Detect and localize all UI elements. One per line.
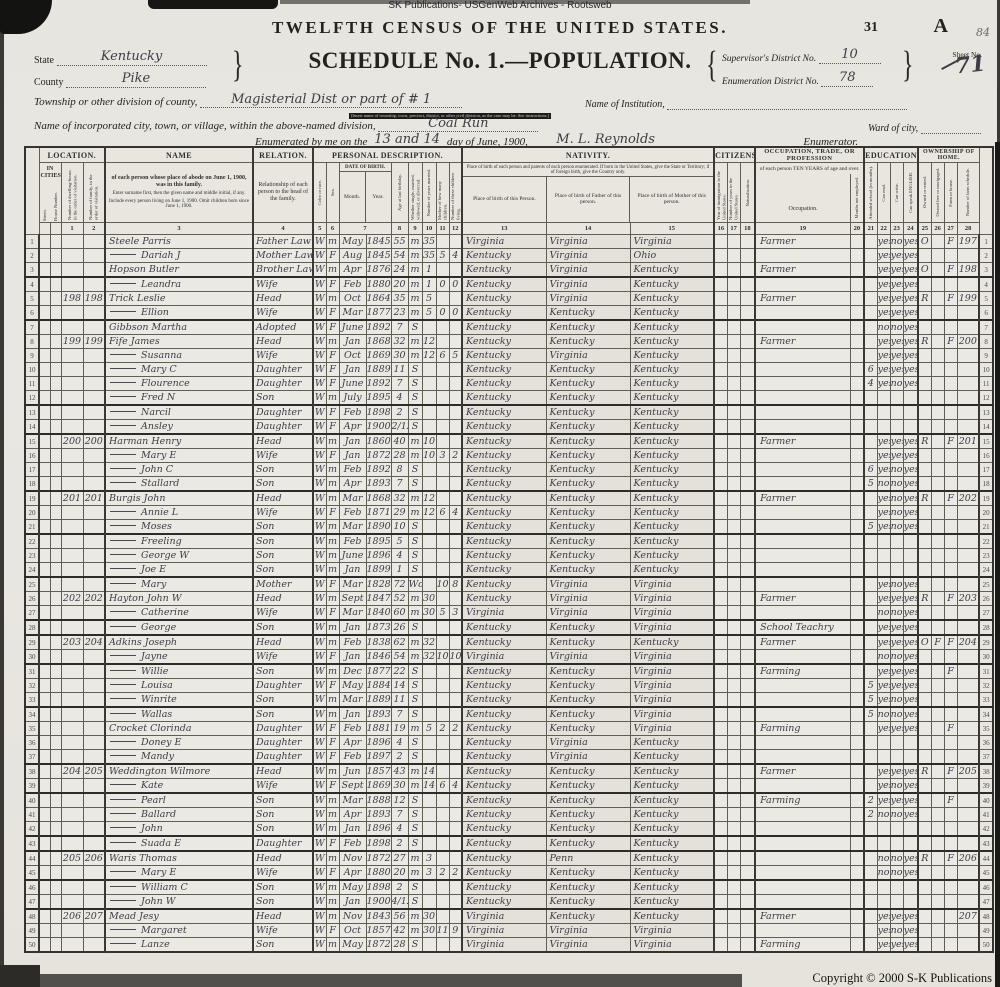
attended-school [864, 449, 877, 463]
children-living [449, 263, 462, 278]
children-living [449, 420, 462, 435]
birth-year: 1876 [366, 263, 391, 278]
years-in-us [727, 263, 740, 278]
birthplace: Kentucky [462, 320, 546, 335]
can-write: no [890, 235, 903, 249]
street-cell [39, 405, 50, 420]
marital-status: m [408, 249, 422, 263]
line-number: 23 [25, 549, 39, 563]
can-read: yes [877, 635, 890, 650]
age: 42 [391, 924, 408, 938]
birthplace: Kentucky [462, 722, 546, 736]
ditto-surname-line [110, 411, 136, 412]
mother-of-children: 5 [436, 606, 449, 621]
dwelling-number [61, 320, 83, 335]
mother-birthplace: Kentucky [630, 292, 714, 306]
years-married: 1 [422, 263, 436, 278]
occupation [755, 736, 850, 750]
naturalization [740, 909, 755, 924]
marital-status: S [408, 664, 422, 679]
marital-status: m [408, 277, 422, 292]
family-number [83, 405, 105, 420]
line-number: 27 [25, 606, 39, 621]
house-cell [50, 764, 61, 779]
color-race: W [313, 880, 326, 895]
age: 55 [391, 235, 408, 249]
naturalization [740, 679, 755, 693]
free-mortgaged [931, 938, 944, 953]
occupation [755, 808, 850, 822]
page-number: 31 [864, 20, 878, 36]
children-living: 10 [449, 650, 462, 665]
can-read [877, 822, 890, 837]
family-number: 201 [83, 491, 105, 506]
can-read: no [877, 707, 890, 722]
person-name: Ansley [105, 420, 253, 435]
years-married: 30 [422, 592, 436, 606]
farm-house [944, 549, 957, 563]
enumeration-district-label: Enumeration District No. [722, 77, 819, 87]
farm-house: F [944, 793, 957, 808]
relation: Head [253, 335, 313, 349]
color-race: W [313, 808, 326, 822]
immigration-year [714, 866, 727, 881]
owned-rented [918, 249, 931, 263]
house-cell [50, 880, 61, 895]
sex: m [326, 880, 339, 895]
line-number: 5 [25, 292, 39, 306]
dwelling-number [61, 477, 83, 492]
person-name: Mary E [105, 449, 253, 463]
children-living [449, 693, 462, 708]
family-number [83, 463, 105, 477]
line-number: 12 [25, 391, 39, 406]
naturalization [740, 249, 755, 263]
mother-birthplace: Kentucky [630, 335, 714, 349]
years-in-us [727, 391, 740, 406]
years-married [422, 620, 436, 635]
birth-month: Feb [339, 635, 366, 650]
children-living: 9 [449, 924, 462, 938]
mother-birthplace: Kentucky [630, 764, 714, 779]
can-speak-english [903, 750, 918, 765]
naturalization [740, 263, 755, 278]
house-cell [50, 235, 61, 249]
can-write: yes [890, 277, 903, 292]
line-number-right: 8 [979, 335, 993, 349]
age: 7 [391, 377, 408, 391]
can-speak-english [903, 736, 918, 750]
farm-schedule [957, 736, 979, 750]
house-cell [50, 420, 61, 435]
dwelling-number [61, 577, 83, 592]
mother-of-children: 6 [436, 506, 449, 520]
farm-schedule [957, 577, 979, 592]
owned-rented: R [918, 851, 931, 866]
county-line: Pike [66, 74, 206, 88]
years-in-us [727, 420, 740, 435]
immigration-year [714, 620, 727, 635]
free-mortgaged [931, 320, 944, 335]
color-race: W [313, 577, 326, 592]
color-race: W [313, 263, 326, 278]
family-number: 205 [83, 764, 105, 779]
person-name: William C [105, 880, 253, 895]
city-line: Coal Run [378, 118, 538, 132]
immigration-year [714, 405, 727, 420]
months-not-employed [850, 836, 864, 851]
immigration-year [714, 377, 727, 391]
birthplace: Kentucky [462, 377, 546, 391]
owned-rented: O [918, 235, 931, 249]
mother-of-children [436, 491, 449, 506]
father-birthplace: Kentucky [546, 520, 630, 535]
occupation: Farming [755, 722, 850, 736]
house-cell [50, 822, 61, 837]
supervisors-district-line: 10 [819, 50, 881, 64]
years-in-us [727, 750, 740, 765]
years-in-us [727, 449, 740, 463]
family-number: 207 [83, 909, 105, 924]
pencil-mark-top-right: 84 [976, 26, 990, 39]
birthplace: Virginia [462, 938, 546, 953]
ditto-surname-line [110, 655, 136, 656]
dwelling-number [61, 549, 83, 563]
years-in-us [727, 534, 740, 549]
family-number [83, 563, 105, 578]
birth-year: 1900 [366, 895, 391, 910]
dwelling-number [61, 808, 83, 822]
can-speak-english: yes [903, 520, 918, 535]
table-row: 50LanzeSonWmMay187228SVirginiaVirginiaVi… [25, 938, 993, 953]
dwelling-number-header: Number of dwelling-house, in the order o… [61, 163, 83, 223]
farm-schedule: 206 [957, 851, 979, 866]
can-read: no [877, 866, 890, 881]
color-race: W [313, 664, 326, 679]
years-married: 10 [422, 449, 436, 463]
farm-house: F [944, 263, 957, 278]
occupation [755, 851, 850, 866]
years-married [422, 549, 436, 563]
months-not-employed [850, 693, 864, 708]
nativity-columns-header: Place of birth of each person and parent… [462, 163, 714, 223]
name-column-header: of each person whose place of abode on J… [105, 163, 253, 223]
owned-rented [918, 895, 931, 910]
owned-rented [918, 650, 931, 665]
dwelling-number: 202 [61, 592, 83, 606]
can-speak-english: yes [903, 349, 918, 363]
can-write-header: Can write. [890, 163, 903, 223]
years-in-us [727, 592, 740, 606]
in-cities-header: IN CITIES. Street. House Number. [39, 163, 61, 223]
person-name: Dariah J [105, 249, 253, 263]
sex: m [326, 592, 339, 606]
father-birthplace: Kentucky [546, 707, 630, 722]
naturalization [740, 808, 755, 822]
line-number-right: 15 [979, 434, 993, 449]
age: 43 [391, 764, 408, 779]
farm-house [944, 606, 957, 621]
children-living [449, 664, 462, 679]
street-cell [39, 606, 50, 621]
relation: Adopted [253, 320, 313, 335]
relation: Daughter [253, 722, 313, 736]
house-cell [50, 349, 61, 363]
line-number: 30 [25, 650, 39, 665]
sex: F [326, 750, 339, 765]
birthplace: Kentucky [462, 693, 546, 708]
immigration-year [714, 363, 727, 377]
line-number-right: 29 [979, 635, 993, 650]
can-write: yes [890, 249, 903, 263]
person-name: Mary C [105, 363, 253, 377]
line-number-right: 9 [979, 349, 993, 363]
family-number [83, 793, 105, 808]
birthplace: Kentucky [462, 880, 546, 895]
occupation [755, 679, 850, 693]
years-married [422, 520, 436, 535]
months-not-employed [850, 851, 864, 866]
can-read [877, 750, 890, 765]
mother-birthplace: Kentucky [630, 750, 714, 765]
family-number [83, 707, 105, 722]
ditto-surname-line [110, 741, 136, 742]
mother-of-children [436, 549, 449, 563]
years-married [422, 736, 436, 750]
years-married: 10 [422, 434, 436, 449]
dwelling-number [61, 664, 83, 679]
owned-rented [918, 534, 931, 549]
birth-month: Apr [339, 808, 366, 822]
free-mortgaged [931, 909, 944, 924]
farm-house [944, 520, 957, 535]
attended-school [864, 491, 877, 506]
age: 5 [391, 534, 408, 549]
farm-house [944, 306, 957, 321]
occupation [755, 277, 850, 292]
dwelling-number [61, 377, 83, 391]
table-body: 1Steele ParrisFather LawWmMay184555m35Vi… [25, 235, 993, 953]
supervisors-district-field: Supervisor's District No. 10 [722, 50, 881, 64]
line-number: 4 [25, 277, 39, 292]
line-number: 36 [25, 736, 39, 750]
occupation [755, 405, 850, 420]
color-race: W [313, 491, 326, 506]
attended-school [864, 836, 877, 851]
can-speak-english: yes [903, 606, 918, 621]
relation: Wife [253, 506, 313, 520]
occupation [755, 363, 850, 377]
color-race: W [313, 620, 326, 635]
sex: m [326, 549, 339, 563]
occupation: Farmer [755, 263, 850, 278]
relation: Son [253, 664, 313, 679]
line-number-right: 36 [979, 736, 993, 750]
family-number [83, 779, 105, 794]
marital-status: m [408, 592, 422, 606]
years-married [422, 463, 436, 477]
family-number: 200 [83, 434, 105, 449]
birth-month: Sept [339, 779, 366, 794]
father-birthplace-header: Place of birth of Father of this person. [546, 177, 630, 221]
naturalization [740, 377, 755, 391]
naturalization [740, 592, 755, 606]
children-living: 4 [449, 779, 462, 794]
naturalization [740, 650, 755, 665]
can-read: yes [877, 235, 890, 249]
township-value: Magisterial Dist or part of # 1 [231, 92, 431, 107]
years-married [422, 895, 436, 910]
naturalization [740, 736, 755, 750]
relation: Head [253, 592, 313, 606]
mother-of-children [436, 635, 449, 650]
can-write: yes [890, 635, 903, 650]
person-name: Winrite [105, 693, 253, 708]
color-race: W [313, 679, 326, 693]
age: 12 [391, 793, 408, 808]
family-number [83, 520, 105, 535]
farm-house [944, 363, 957, 377]
immigration-year [714, 577, 727, 592]
house-cell [50, 534, 61, 549]
immigration-year [714, 563, 727, 578]
immigration-year [714, 750, 727, 765]
mother-birthplace: Virginia [630, 577, 714, 592]
free-mortgaged [931, 664, 944, 679]
father-birthplace: Kentucky [546, 320, 630, 335]
farm-schedule [957, 938, 979, 953]
can-read: no [877, 606, 890, 621]
family-number [83, 750, 105, 765]
person-name: Suada E [105, 836, 253, 851]
line-number: 39 [25, 779, 39, 794]
table-row: 3Hopson ButlerBrother LawWmApr187624m1Ke… [25, 263, 993, 278]
attended-school [864, 335, 877, 349]
farm-house [944, 577, 957, 592]
birth-month: Feb [339, 722, 366, 736]
years-in-us [727, 320, 740, 335]
house-cell [50, 306, 61, 321]
attended-school [864, 880, 877, 895]
years-married [422, 938, 436, 953]
occupation: Farmer [755, 909, 850, 924]
marital-status: m [408, 235, 422, 249]
mother-birthplace: Kentucky [630, 306, 714, 321]
line-number-right: 45 [979, 866, 993, 881]
months-not-employed [850, 549, 864, 563]
mother-birthplace: Kentucky [630, 405, 714, 420]
farm-house [944, 377, 957, 391]
birth-month: Feb [339, 405, 366, 420]
attended-school [864, 664, 877, 679]
years-in-us [727, 909, 740, 924]
township-field: Township or other division of county, Ma… [34, 94, 462, 108]
marital-status: m [408, 650, 422, 665]
line-number-right: 20 [979, 506, 993, 520]
dwelling-number [61, 736, 83, 750]
color-race: W [313, 520, 326, 535]
person-name: Steele Parris [105, 235, 253, 249]
free-mortgaged [931, 808, 944, 822]
dwelling-number [61, 420, 83, 435]
birth-month: Jan [339, 650, 366, 665]
owned-rented: R [918, 434, 931, 449]
can-write [890, 563, 903, 578]
farm-house: F [944, 592, 957, 606]
line-number-right: 35 [979, 722, 993, 736]
years-in-us [727, 249, 740, 263]
color-race: W [313, 449, 326, 463]
house-cell [50, 506, 61, 520]
marital-status: m [408, 449, 422, 463]
children-living [449, 335, 462, 349]
birth-year: 1872 [366, 938, 391, 953]
immigration-year [714, 249, 727, 263]
years-in-us [727, 779, 740, 794]
free-mortgaged [931, 306, 944, 321]
family-number [83, 277, 105, 292]
birth-year: 1838 [366, 635, 391, 650]
months-not-employed [850, 306, 864, 321]
birth-year: 1892 [366, 463, 391, 477]
owned-rented [918, 909, 931, 924]
age: 4 [391, 822, 408, 837]
years-married [422, 808, 436, 822]
immigration-year [714, 895, 727, 910]
owned-rented [918, 866, 931, 881]
marital-status: S [408, 391, 422, 406]
sex: F [326, 363, 339, 377]
marital-status: m [408, 335, 422, 349]
owned-rented [918, 722, 931, 736]
farm-house: F [944, 635, 957, 650]
mother-birthplace: Kentucky [630, 549, 714, 563]
birth-year: 1900 [366, 420, 391, 435]
street-cell [39, 664, 50, 679]
sex: F [326, 420, 339, 435]
children-living: 3 [449, 606, 462, 621]
immigration-year [714, 606, 727, 621]
months-not-employed [850, 263, 864, 278]
line-number: 25 [25, 577, 39, 592]
birth-year: 1880 [366, 866, 391, 881]
line-number: 47 [25, 895, 39, 910]
can-read: no [877, 320, 890, 335]
birth-month: Feb [339, 836, 366, 851]
person-name: Hayton John W [105, 592, 253, 606]
occupation: Farming [755, 938, 850, 953]
mother-birthplace: Kentucky [630, 851, 714, 866]
can-read: yes [877, 679, 890, 693]
attended-school [864, 577, 877, 592]
table-row: 26202202Hayton John WHeadWmSept184752m30… [25, 592, 993, 606]
age: 2 [391, 880, 408, 895]
owned-rented [918, 679, 931, 693]
house-cell [50, 909, 61, 924]
mother-birthplace: Kentucky [630, 866, 714, 881]
father-birthplace: Kentucky [546, 764, 630, 779]
can-write: no [890, 707, 903, 722]
color-race: W [313, 822, 326, 837]
table-row: 21MosesSonWmMar189010SKentuckyKentuckyKe… [25, 520, 993, 535]
mother-birthplace: Kentucky [630, 506, 714, 520]
months-not-employed [850, 635, 864, 650]
attended-school: 5 [864, 520, 877, 535]
age: 35 [391, 292, 408, 306]
father-birthplace: Virginia [546, 249, 630, 263]
sex: F [326, 405, 339, 420]
house-cell [50, 491, 61, 506]
